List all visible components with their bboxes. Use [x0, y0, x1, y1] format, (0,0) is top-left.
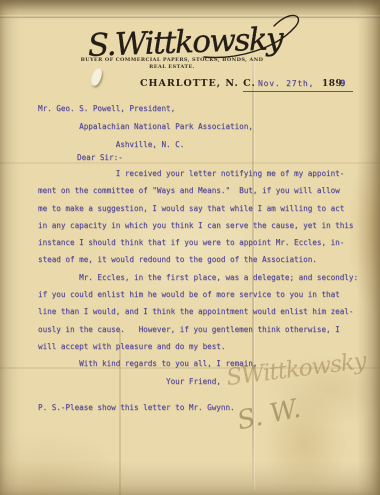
dateline-year-typed: 9	[340, 79, 345, 89]
typed-line: ment on the committee of "Ways and Means…	[38, 182, 358, 199]
typed-line: if you could enlist him he would be of m…	[38, 286, 358, 303]
postscript-line: P. S.-Please show this letter to Mr. Gwy…	[38, 403, 235, 412]
letterhead-subtitle-line1: BUYER OF COMMERCIAL PAPERS, STOCKS, BOND…	[72, 57, 272, 64]
typed-line: stead of me, it would redound to the goo…	[38, 251, 358, 268]
letter-paper: S.Wittkowsky BUYER OF COMMERCIAL PAPERS,…	[0, 0, 380, 495]
recipient-address: Mr. Geo. S. Powell, President, Appalachi…	[38, 100, 253, 154]
typed-line: line than I would, and I think the appoi…	[38, 303, 358, 320]
typed-line: instance I should think that if you were…	[38, 234, 358, 251]
typed-line: I received your letter notifying me of m…	[38, 165, 358, 182]
typed-line: Mr. Eccles, in the first place, was a de…	[38, 269, 358, 286]
dateline-city: CHARLOTTE, N. C.	[140, 78, 256, 89]
horizontal-fold-crease-upper	[0, 162, 380, 164]
typed-line: will accept with pleasure and do my best…	[38, 338, 358, 355]
salutation: Dear Sir:-	[77, 153, 123, 162]
typed-line: ously in the cause. However, if you gent…	[38, 321, 358, 338]
letterhead-subtitle-line2: REAL ESTATE.	[72, 64, 272, 71]
dateline-rule	[243, 91, 353, 92]
letterhead-subtitle: BUYER OF COMMERCIAL PAPERS, STOCKS, BOND…	[72, 57, 272, 71]
pencil-initials: S. W.	[235, 394, 304, 437]
typed-line: in any capacity in which you think I can…	[38, 217, 358, 234]
typed-line: me to make a suggestion, I would say tha…	[38, 200, 358, 217]
typed-line: Appalachian National Park Association,	[38, 118, 253, 136]
typed-line: Mr. Geo. S. Powell, President,	[38, 100, 253, 118]
typed-line: Ashville, N. C.	[38, 136, 253, 154]
dateline-date-typed: Nov. 27th,	[258, 79, 314, 88]
letter-scan: S.Wittkowsky BUYER OF COMMERCIAL PAPERS,…	[0, 0, 380, 495]
